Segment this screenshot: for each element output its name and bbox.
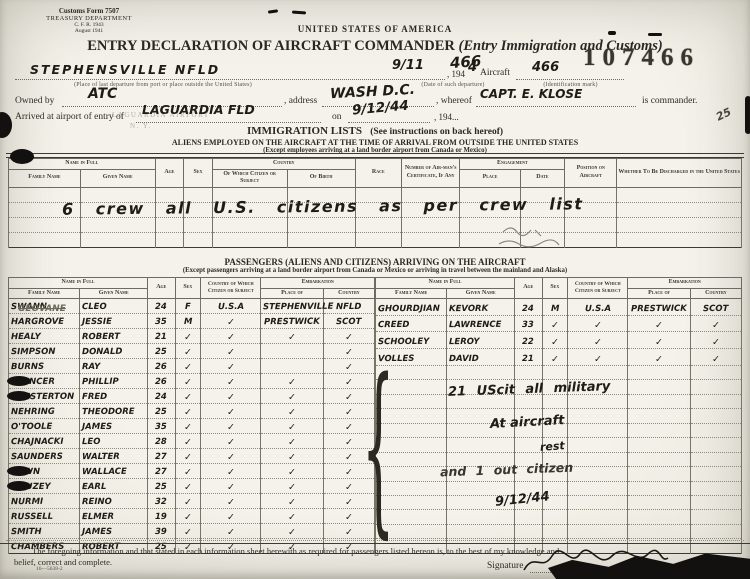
brace-mark: { bbox=[362, 352, 388, 542]
faint-crossed-entry: GEOVANE bbox=[18, 304, 66, 314]
cell-given: LEO bbox=[80, 434, 148, 449]
cell-sex: ✓ bbox=[175, 374, 201, 389]
cell-citizen: ✓ bbox=[201, 419, 261, 434]
cell-place: ✓ bbox=[261, 434, 323, 449]
cell-citizen: ✓ bbox=[201, 479, 261, 494]
cell-citizen bbox=[568, 481, 628, 495]
cell-place bbox=[261, 359, 323, 374]
cell-citizen: ✓ bbox=[201, 524, 261, 539]
cell-country bbox=[690, 409, 741, 423]
cell-given: REINO bbox=[80, 494, 148, 509]
col-discharged: Whether To Be Discharged in the United S… bbox=[617, 159, 742, 188]
crew-cell bbox=[355, 232, 401, 247]
passenger-row: BURNSRAY26✓✓✓ bbox=[9, 359, 375, 374]
passenger-row: SCHOOLEYLEROY22✓✓✓✓ bbox=[376, 332, 742, 349]
cell-given: CLEO bbox=[80, 299, 148, 314]
cell-citizen: ✓ bbox=[568, 332, 628, 349]
cell-country: SCOT bbox=[323, 314, 374, 329]
crew-cell bbox=[617, 217, 742, 232]
cell-country bbox=[690, 495, 741, 509]
crew-cell bbox=[287, 232, 355, 247]
cell-place bbox=[628, 365, 690, 379]
col-birth: Of Birth bbox=[287, 169, 355, 187]
cell-sex: ✓ bbox=[175, 479, 201, 494]
scanned-customs-form: Customs Form 7507 TREASURY DEPARTMENT C.… bbox=[0, 0, 750, 579]
form-number: Customs Form 7507 bbox=[14, 7, 164, 15]
cell-family: CREED bbox=[376, 315, 447, 332]
cell-sex: M bbox=[542, 299, 568, 316]
col-race: Race bbox=[355, 159, 401, 188]
cell-sex: ✓ bbox=[175, 329, 201, 344]
cell-sex: ✓ bbox=[175, 404, 201, 419]
col-citizen: Country of Which Citizen or Subject bbox=[568, 278, 628, 299]
col-position: Position on Aircraft bbox=[565, 159, 617, 188]
passenger-row bbox=[376, 394, 742, 408]
col-name-in-full: Name in Full bbox=[9, 278, 148, 289]
cell-sex: ✓ bbox=[542, 332, 568, 349]
cell-citizen bbox=[568, 495, 628, 509]
cell-given: WALTER bbox=[80, 449, 148, 464]
cell-place: ✓ bbox=[261, 374, 323, 389]
crew-row bbox=[9, 217, 742, 232]
cell-citizen: ✓ bbox=[201, 374, 261, 389]
cell-given: RAY bbox=[80, 359, 148, 374]
col-given-name: Given Name bbox=[447, 288, 515, 299]
cell-age bbox=[515, 438, 542, 452]
col-engagement: Engagement bbox=[460, 159, 565, 170]
cell-citizen: ✓ bbox=[201, 329, 261, 344]
cell-citizen: ✓ bbox=[201, 449, 261, 464]
cell-family: SPENCER bbox=[9, 374, 80, 389]
cell-family: NEHRING bbox=[9, 404, 80, 419]
cell-place: ✓ bbox=[261, 389, 323, 404]
passenger-row bbox=[376, 365, 742, 379]
cell-country bbox=[690, 467, 741, 481]
immigration-heading: IMMIGRATION LISTS (See instructions on b… bbox=[0, 125, 750, 137]
cell-citizen: ✓ bbox=[201, 494, 261, 509]
passenger-row: SAUNDERSWALTER27✓✓✓✓ bbox=[9, 449, 375, 464]
aircraft-label: Aircraft bbox=[480, 68, 510, 78]
cell-citizen: ✓ bbox=[201, 359, 261, 374]
cell-age: 33 bbox=[515, 315, 542, 332]
cell-given: KEVORK bbox=[447, 299, 515, 316]
scan-smudge bbox=[292, 11, 306, 15]
cell-age: 22 bbox=[515, 332, 542, 349]
is-commander-label: is commander. bbox=[642, 96, 697, 106]
cell-country bbox=[690, 452, 741, 466]
cell-place: STEPHENVILLE bbox=[261, 299, 323, 314]
passengers-subnote: (Except passengers arriving at a land bo… bbox=[0, 267, 750, 274]
cell-country bbox=[690, 394, 741, 408]
cell-country: NFLD bbox=[323, 299, 374, 314]
cell-family: HEALY bbox=[9, 329, 80, 344]
cell-citizen: ✓ bbox=[568, 349, 628, 366]
cell-sex: F bbox=[175, 299, 201, 314]
cell-age: 25 bbox=[148, 344, 175, 359]
col-embark-place: Place of bbox=[261, 288, 323, 299]
col-embarkation: Embarkation bbox=[628, 278, 742, 289]
cell-sex: ✓ bbox=[542, 349, 568, 366]
passenger-row bbox=[376, 481, 742, 495]
cell-age: 32 bbox=[148, 494, 175, 509]
cell-given: THEODORE bbox=[80, 404, 148, 419]
cell-place bbox=[628, 481, 690, 495]
cell-age: 25 bbox=[148, 404, 175, 419]
col-given-name: Given Name bbox=[80, 169, 155, 187]
cell-place bbox=[628, 394, 690, 408]
signature-label: Signature bbox=[487, 561, 523, 571]
passenger-row: SMITHJAMES39✓✓✓✓ bbox=[9, 524, 375, 539]
passenger-row: O'TOOLEJAMES35✓✓✓✓ bbox=[9, 419, 375, 434]
cell-citizen bbox=[568, 438, 628, 452]
col-age: Age bbox=[155, 159, 184, 188]
cell-sex bbox=[542, 365, 568, 379]
cell-place bbox=[261, 344, 323, 359]
passengers-heading: PASSENGERS (ALIENS AND CITIZENS) ARRIVIN… bbox=[0, 257, 750, 267]
crew-cell bbox=[617, 202, 742, 217]
cell-family: SIMPSON bbox=[9, 344, 80, 359]
cell-country: ✓ bbox=[690, 315, 741, 332]
cell-country: ✓ bbox=[690, 349, 741, 366]
departure-date-value: 9/11 bbox=[392, 58, 424, 73]
col-citizen: Country of Which Citizen or Subject bbox=[201, 278, 261, 299]
cell-sex: ✓ bbox=[175, 389, 201, 404]
scan-smudge bbox=[608, 31, 616, 35]
cell-place: ✓ bbox=[261, 419, 323, 434]
cell-family: MAUZEY bbox=[9, 479, 80, 494]
cell-place: ✓ bbox=[261, 479, 323, 494]
cell-place: ✓ bbox=[628, 315, 690, 332]
col-country: Country bbox=[212, 159, 355, 170]
cell-citizen bbox=[568, 452, 628, 466]
crew-cell bbox=[401, 217, 460, 232]
immigration-heading-main: IMMIGRATION LISTS bbox=[247, 125, 362, 137]
cell-age: 35 bbox=[148, 419, 175, 434]
cell-given bbox=[447, 365, 515, 379]
cell-family: SAUNDERS bbox=[9, 449, 80, 464]
statement-line-1: The foregoing information and that state… bbox=[14, 546, 559, 556]
crew-cell bbox=[401, 232, 460, 247]
cell-citizen: ✓ bbox=[201, 314, 261, 329]
cell-age: 19 bbox=[148, 509, 175, 524]
cell-place: ✓ bbox=[261, 464, 323, 479]
cell-age: 21 bbox=[148, 329, 175, 344]
cell-place bbox=[628, 380, 690, 394]
cell-country: ✓ bbox=[690, 332, 741, 349]
cell-age: 21 bbox=[515, 349, 542, 366]
country-heading: UNITED STATES OF AMERICA bbox=[150, 24, 600, 34]
cell-age: 26 bbox=[148, 359, 175, 374]
cell-place: ✓ bbox=[261, 404, 323, 419]
crew-row bbox=[9, 232, 742, 247]
form-id-block: Customs Form 7507 TREASURY DEPARTMENT C.… bbox=[14, 7, 164, 34]
passenger-row: VOLLESDAVID21✓✓✓✓ bbox=[376, 349, 742, 366]
col-sex: Sex bbox=[175, 278, 201, 299]
passengers-table-left: Name in Full Age Sex Country of Which Ci… bbox=[8, 277, 375, 554]
col-sex: Sex bbox=[542, 278, 568, 299]
col-citizen: Of Which Citizen or Subject bbox=[212, 169, 287, 187]
cell-given: DAVID bbox=[447, 349, 515, 366]
form-date: August 1941 bbox=[14, 28, 164, 34]
ink-blot bbox=[10, 149, 34, 164]
cell-place bbox=[628, 467, 690, 481]
cell-citizen: ✓ bbox=[201, 464, 261, 479]
cell-given: DONALD bbox=[80, 344, 148, 359]
department-name: TREASURY DEPARTMENT bbox=[14, 15, 164, 22]
whereof-label: , whereof bbox=[436, 96, 472, 106]
cell-family: SCHOOLEY bbox=[376, 332, 447, 349]
cell-age: 27 bbox=[148, 449, 175, 464]
cell-family: NURMI bbox=[9, 494, 80, 509]
cell-country bbox=[690, 423, 741, 437]
passenger-row: SIMPSONDONALD25✓✓✓ bbox=[9, 344, 375, 359]
ink-blot bbox=[7, 466, 31, 476]
cell-place bbox=[628, 524, 690, 538]
cell-sex: ✓ bbox=[175, 359, 201, 374]
edge-smudge bbox=[745, 96, 750, 134]
cell-country bbox=[690, 380, 741, 394]
passenger-row: MAUZEYEARL25✓✓✓✓ bbox=[9, 479, 375, 494]
immigration-heading-note: (See instructions on back hereof) bbox=[370, 127, 503, 137]
cell-given: FRED bbox=[80, 389, 148, 404]
cell-sex: M bbox=[175, 314, 201, 329]
cell-country: ✓ bbox=[323, 329, 374, 344]
passenger-row bbox=[376, 510, 742, 524]
passenger-row: HEALYROBERT21✓✓✓✓ bbox=[9, 329, 375, 344]
cell-citizen bbox=[568, 423, 628, 437]
cell-place: ✓ bbox=[261, 509, 323, 524]
faint-initials-marks bbox=[495, 222, 605, 252]
cell-family: RUSSELL bbox=[9, 509, 80, 524]
cell-citizen bbox=[568, 467, 628, 481]
cell-place bbox=[628, 438, 690, 452]
cell-given bbox=[447, 438, 515, 452]
cell-given: JAMES bbox=[80, 419, 148, 434]
passenger-row: RUSSELLELMER19✓✓✓✓ bbox=[9, 509, 375, 524]
cell-place: ✓ bbox=[261, 329, 323, 344]
cell-place: PRESTWICK bbox=[261, 314, 323, 329]
col-family-name: Family Name bbox=[376, 288, 447, 299]
cell-sex: ✓ bbox=[175, 344, 201, 359]
cell-citizen: ✓ bbox=[568, 315, 628, 332]
col-name-in-full: Name in Full bbox=[376, 278, 515, 289]
cell-family: HARGROVE bbox=[9, 314, 80, 329]
cell-given bbox=[447, 524, 515, 538]
cell-country bbox=[690, 510, 741, 524]
crew-cell bbox=[80, 217, 155, 232]
passenger-row: CHESTERTONFRED24✓✓✓✓ bbox=[9, 389, 375, 404]
year2-printed: , 194... bbox=[434, 112, 459, 122]
col-family-name: Family Name bbox=[9, 288, 80, 299]
cell-sex bbox=[542, 524, 568, 538]
cell-family: BAWN bbox=[9, 464, 80, 479]
cell-age: 24 bbox=[515, 299, 542, 316]
crew-cell bbox=[9, 232, 81, 247]
cell-place bbox=[628, 409, 690, 423]
departure-place-value: STEPHENSVILLE NFLD bbox=[30, 62, 220, 77]
cell-place: PRESTWICK bbox=[628, 299, 690, 316]
cell-age: 24 bbox=[148, 299, 175, 314]
cell-place bbox=[628, 423, 690, 437]
crew-cell bbox=[155, 232, 184, 247]
cell-family: BURNS bbox=[9, 359, 80, 374]
cell-place: ✓ bbox=[261, 524, 323, 539]
ink-blot bbox=[7, 391, 31, 401]
cell-given: PHILLIP bbox=[80, 374, 148, 389]
cell-citizen bbox=[568, 365, 628, 379]
caption-place-of-departure: (Place of last departure from port or pl… bbox=[28, 82, 298, 89]
crew-cell bbox=[184, 217, 213, 232]
col-family-name: Family Name bbox=[9, 169, 81, 187]
cell-citizen: ✓ bbox=[201, 434, 261, 449]
cell-country: SCOT bbox=[690, 299, 741, 316]
cell-country bbox=[690, 481, 741, 495]
col-engagement-date: Date bbox=[520, 169, 565, 187]
cell-given: LAWRENCE bbox=[447, 315, 515, 332]
note-rest: rest bbox=[540, 439, 566, 454]
cell-citizen bbox=[568, 409, 628, 423]
crew-cell bbox=[212, 217, 287, 232]
cell-family: SMITH bbox=[9, 524, 80, 539]
cell-citizen: ✓ bbox=[201, 344, 261, 359]
cell-family: CHAJNACKI bbox=[9, 434, 80, 449]
footer-rule bbox=[0, 543, 750, 544]
passenger-row: BAWNWALLACE27✓✓✓✓ bbox=[9, 464, 375, 479]
cell-given: ELMER bbox=[80, 509, 148, 524]
crew-cell bbox=[80, 232, 155, 247]
cell-citizen: U.S.A bbox=[568, 299, 628, 316]
owned-by-label: Owned by bbox=[15, 96, 54, 106]
cell-given: WALLACE bbox=[80, 464, 148, 479]
cell-place bbox=[628, 510, 690, 524]
cell-age: 26 bbox=[148, 374, 175, 389]
form-print-code: 16—5638-2 bbox=[36, 566, 63, 572]
col-embark-place: Place of bbox=[628, 288, 690, 299]
cell-family: CHESTERTON bbox=[9, 389, 80, 404]
cell-sex: ✓ bbox=[175, 494, 201, 509]
crew-cell bbox=[184, 232, 213, 247]
ink-blot bbox=[7, 376, 31, 386]
cell-citizen: ✓ bbox=[201, 509, 261, 524]
cell-age bbox=[515, 524, 542, 538]
col-age: Age bbox=[148, 278, 175, 299]
owner-value: ATC bbox=[88, 86, 117, 102]
passenger-row bbox=[376, 524, 742, 538]
cell-given bbox=[447, 510, 515, 524]
aliens-employed-subheading: ALIENS EMPLOYED ON THE AIRCRAFT AT THE T… bbox=[0, 138, 750, 147]
col-sex: Sex bbox=[184, 159, 213, 188]
cell-citizen bbox=[568, 394, 628, 408]
cell-age: 28 bbox=[148, 434, 175, 449]
col-engagement-place: Place bbox=[460, 169, 520, 187]
scan-smudge bbox=[648, 33, 662, 36]
margin-note: 25 bbox=[714, 105, 733, 123]
crew-cell bbox=[9, 217, 81, 232]
crew-cell bbox=[287, 217, 355, 232]
col-age: Age bbox=[515, 278, 542, 299]
cell-given: JAMES bbox=[80, 524, 148, 539]
cell-sex: ✓ bbox=[175, 464, 201, 479]
statement-line-2: belief, correct and complete. bbox=[14, 557, 112, 567]
on-label: on bbox=[332, 112, 342, 122]
cell-age: 24 bbox=[148, 389, 175, 404]
cell-given: JESSIE bbox=[80, 314, 148, 329]
passenger-row bbox=[376, 495, 742, 509]
cell-country bbox=[690, 438, 741, 452]
crew-cell bbox=[355, 217, 401, 232]
cell-given: LEROY bbox=[447, 332, 515, 349]
cell-age bbox=[515, 365, 542, 379]
year-handwritten: 4 bbox=[468, 60, 477, 75]
passenger-row: GHOURDJIANKEVORK24MU.S.APRESTWICKSCOT bbox=[376, 299, 742, 316]
cell-age: 39 bbox=[148, 524, 175, 539]
col-embark-country: Country bbox=[323, 288, 374, 299]
cell-age bbox=[515, 510, 542, 524]
crew-cell bbox=[212, 232, 287, 247]
cell-family: O'TOOLE bbox=[9, 419, 80, 434]
passenger-row: NEHRINGTHEODORE25✓✓✓✓ bbox=[9, 404, 375, 419]
passenger-row: NURMIREINO32✓✓✓✓ bbox=[9, 494, 375, 509]
cell-place: ✓ bbox=[261, 449, 323, 464]
cell-age: 25 bbox=[148, 479, 175, 494]
arrived-label: Arrived at airport of entry of bbox=[15, 112, 124, 122]
commander-value: CAPT. E. KLOSE bbox=[480, 87, 582, 101]
cell-citizen bbox=[568, 510, 628, 524]
col-embarkation: Embarkation bbox=[261, 278, 375, 289]
airport-value: LAGUARDIA FLD bbox=[142, 102, 255, 117]
cell-given: ROBERT bbox=[80, 329, 148, 344]
cell-sex: ✓ bbox=[175, 524, 201, 539]
cell-sex bbox=[542, 510, 568, 524]
cell-citizen: ✓ bbox=[201, 404, 261, 419]
cell-place: ✓ bbox=[628, 349, 690, 366]
cell-country bbox=[690, 524, 741, 538]
cell-family: GHOURDJIAN bbox=[376, 299, 447, 316]
cell-country bbox=[690, 365, 741, 379]
cell-sex: ✓ bbox=[175, 434, 201, 449]
passenger-row: SPENCERPHILLIP26✓✓✓✓ bbox=[9, 374, 375, 389]
cell-age: 35 bbox=[148, 314, 175, 329]
col-airman-cert: Number of Air-man's Certificate, If Any bbox=[401, 159, 460, 188]
cell-place bbox=[628, 495, 690, 509]
crew-cell bbox=[155, 217, 184, 232]
passenger-row: CREEDLAWRENCE33✓✓✓✓ bbox=[376, 315, 742, 332]
scan-smudge bbox=[268, 9, 278, 13]
title-main: ENTRY DECLARATION OF AIRCRAFT COMMANDER bbox=[87, 38, 455, 54]
passenger-row: HARGROVEJESSIE35M✓PRESTWICKSCOT bbox=[9, 314, 375, 329]
aircraft-id-value: 466 bbox=[532, 60, 559, 75]
cell-given: EARL bbox=[80, 479, 148, 494]
crew-cell bbox=[617, 232, 742, 247]
cell-place: ✓ bbox=[261, 494, 323, 509]
cell-citizen: U.S.A bbox=[201, 299, 261, 314]
year-printed: , 194 bbox=[447, 69, 465, 79]
cell-sex: ✓ bbox=[175, 419, 201, 434]
cell-citizen: ✓ bbox=[201, 389, 261, 404]
cell-citizen bbox=[568, 524, 628, 538]
cell-place bbox=[628, 452, 690, 466]
cell-sex: ✓ bbox=[542, 315, 568, 332]
col-embark-country: Country bbox=[690, 288, 741, 299]
crew-cell bbox=[617, 187, 742, 202]
passenger-row: CHAJNACKILEO28✓✓✓✓ bbox=[9, 434, 375, 449]
cell-sex: ✓ bbox=[175, 449, 201, 464]
cell-place: ✓ bbox=[628, 332, 690, 349]
cell-age: 27 bbox=[148, 464, 175, 479]
ink-blot bbox=[7, 481, 31, 491]
col-given-name: Given Name bbox=[80, 288, 148, 299]
cell-sex: ✓ bbox=[175, 509, 201, 524]
